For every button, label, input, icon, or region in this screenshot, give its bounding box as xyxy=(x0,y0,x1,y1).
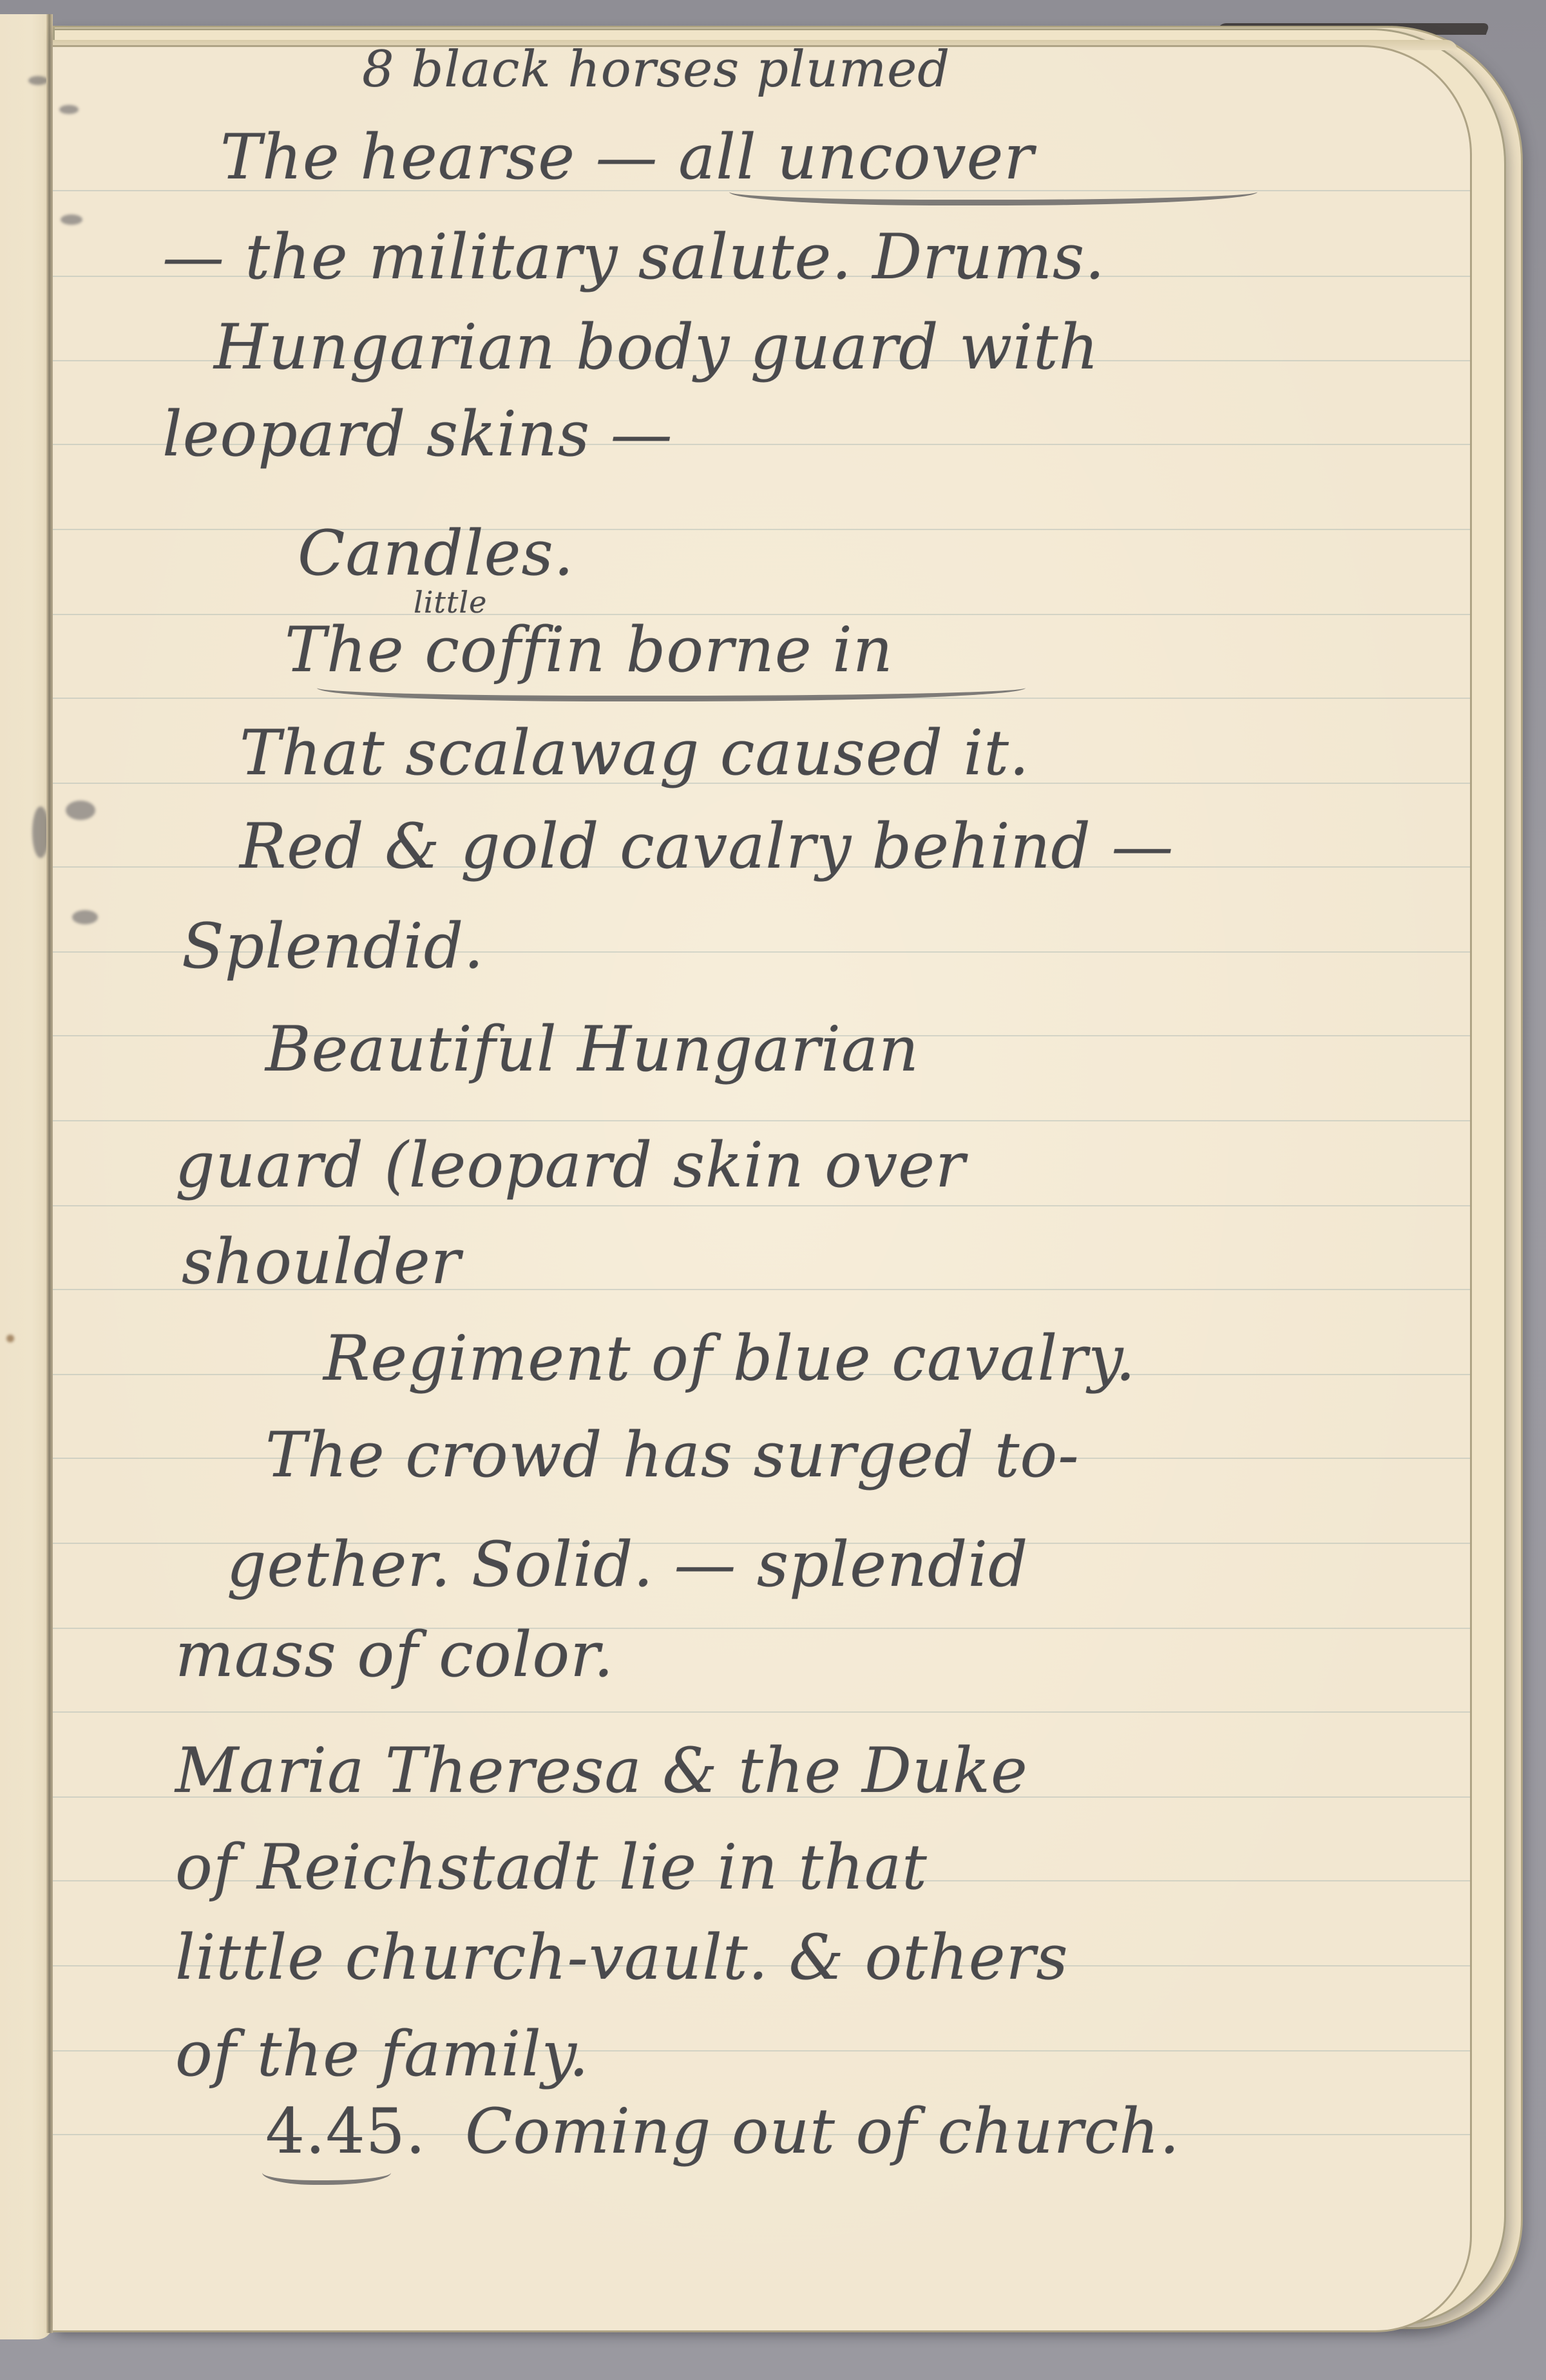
line-coffin-borne: The coffin borne in xyxy=(285,614,893,686)
line-shoulder: shoulder xyxy=(182,1226,461,1298)
line-beautiful-hungarian: Beautiful Hungarian xyxy=(265,1013,919,1085)
line-of-the-family: of the family. xyxy=(175,2018,589,2090)
line-crowd-surged: The crowd has surged to- xyxy=(265,1419,1080,1491)
ink-smudge xyxy=(66,801,95,820)
line-red-gold-cavalry: Red & gold cavalry behind — xyxy=(240,810,1174,882)
line-scalawag: That scalawag caused it. xyxy=(240,717,1029,789)
line-regiment-blue-cavalry: Regiment of blue cavalry. xyxy=(323,1322,1136,1395)
line-military-salute: — the military salute. Drums. xyxy=(162,221,1105,293)
line-gether-solid: gether. Solid. — splendid xyxy=(227,1528,1029,1601)
line-hungarian-bodyguard: Hungarian body guard with xyxy=(214,311,1099,383)
line-maria-theresa: Maria Theresa & the Duke xyxy=(175,1735,1028,1807)
facing-page-edge xyxy=(0,14,53,2339)
line-reichstadt: of Reichstadt lie in that xyxy=(175,1831,928,1903)
line-inserted-horses: 8 black horses plumed xyxy=(362,45,950,99)
line-leopard-skins: leopard skins — xyxy=(162,398,673,470)
underline-all-uncover xyxy=(729,192,1257,205)
line-mass-of-color: mass of color. xyxy=(175,1619,614,1691)
ink-smudge xyxy=(59,105,79,114)
binding-gutter xyxy=(46,14,53,2333)
line-church-vault: little church-vault. & others xyxy=(175,1921,1069,1994)
line-hearse: The hearse — all uncover xyxy=(220,121,1034,193)
timestamp-4-45: 4.45. xyxy=(265,2095,426,2167)
line-coming-out-of-church: Coming out of church. xyxy=(465,2095,1180,2167)
rule-line xyxy=(53,529,1470,530)
ink-smudge xyxy=(28,76,48,85)
rule-line xyxy=(53,1711,1470,1713)
line-candles: Candles. xyxy=(298,517,574,589)
notebook-page: 8 black horses plumed The hearse — all u… xyxy=(53,45,1472,2332)
rule-line xyxy=(53,1205,1470,1206)
rule-line xyxy=(53,1120,1470,1121)
line-splendid: Splendid. xyxy=(182,910,484,982)
rust-spot xyxy=(6,1335,14,1342)
underline-timestamp xyxy=(262,2173,391,2185)
underline-coffin-borne xyxy=(317,688,1026,701)
ink-smudge xyxy=(61,214,82,225)
line-guard-leopard: guard (leopard skin over xyxy=(175,1129,966,1201)
ink-smudge xyxy=(72,910,98,924)
